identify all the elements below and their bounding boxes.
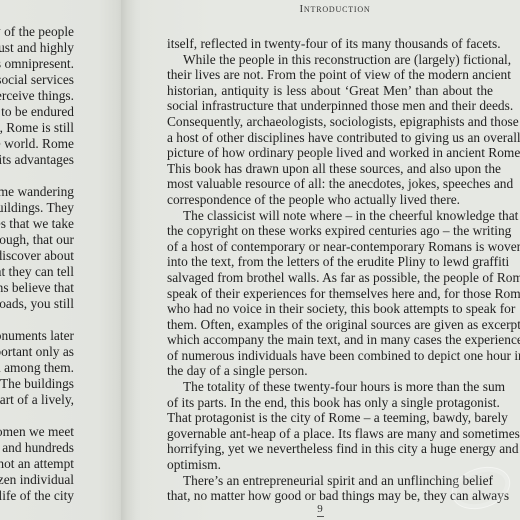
text-line: That protagonist is the city of Rome – a… xyxy=(167,410,493,426)
text-line: the day of a single person. xyxy=(167,363,493,379)
text-line: the copyright on these works expired cen… xyxy=(167,223,493,239)
text-line: perceive things. xyxy=(0,88,74,104)
left-page: ny of the peoplejust and highlyis omnipr… xyxy=(0,0,123,520)
text-line: them. Often, examples of the original so… xyxy=(167,317,493,333)
text-line: es, Rome is still xyxy=(0,120,74,136)
text-line: While the people in this reconstruction … xyxy=(167,52,493,68)
text-line: nough, that our xyxy=(0,232,74,248)
paragraph-gap xyxy=(0,168,74,184)
text-line: k. The buildings xyxy=(0,376,74,392)
text-line: ans believe that xyxy=(0,280,74,296)
text-line: which accompany the main text, and in ma… xyxy=(167,332,493,348)
text-line: omen we meet xyxy=(0,424,74,440)
text-line: l roads, you still xyxy=(0,296,74,312)
text-line: correspondence of the people who actuall… xyxy=(167,192,493,208)
text-line: at they can tell xyxy=(0,264,74,280)
text-line: There’s an entrepreneurial spirit and an… xyxy=(167,473,493,489)
text-line: optimism. xyxy=(167,457,493,473)
text-line: governable ant-heap of a place. Its flaw… xyxy=(167,426,493,442)
running-head-text: Introduction xyxy=(299,3,370,15)
text-line: s, to be endured xyxy=(0,104,74,120)
left-page-text: ny of the peoplejust and highlyis omnipr… xyxy=(0,24,74,504)
text-line: horrifying, yet we nevertheless find in … xyxy=(167,441,493,457)
text-line: of its parts. In the end, this book has … xyxy=(167,395,493,411)
text-line: buildings. They xyxy=(0,200,74,216)
text-line: es that we take xyxy=(0,216,74,232)
text-line: zen individual xyxy=(0,472,74,488)
text-line: their lives are not. From the point of v… xyxy=(167,67,493,83)
text-line: e world. Rome xyxy=(0,136,74,152)
text-line: , and hundreds xyxy=(0,440,74,456)
text-line: historian, antiquity is less about ‘Grea… xyxy=(167,83,493,99)
text-line: t its advantages xyxy=(0,152,74,168)
text-line: d among them. xyxy=(0,360,74,376)
text-line: of a host of contemporary or near-contem… xyxy=(167,239,493,255)
text-line: This book has drawn upon all these sourc… xyxy=(167,161,493,177)
text-line: social infrastructure that underpinned t… xyxy=(167,98,493,114)
text-line: st social services xyxy=(0,72,74,88)
text-line: The totality of these twenty-four hours … xyxy=(167,379,493,395)
paragraph-gap xyxy=(0,408,74,424)
text-line: who had no voice in their society, this … xyxy=(167,301,493,317)
text-line: that, no matter how good or bad things m… xyxy=(167,488,493,504)
text-line: life of the city xyxy=(0,488,74,504)
text-line: portant only as xyxy=(0,344,74,360)
text-line: onuments later xyxy=(0,328,74,344)
text-line: speak of their experiences for themselve… xyxy=(167,286,493,302)
text-line: just and highly xyxy=(0,40,74,56)
text-line: picture of how ordinary people lived and… xyxy=(167,145,493,161)
text-line: is omnipresent. xyxy=(0,56,74,72)
running-head: Introduction xyxy=(160,3,510,15)
page-number: 9 xyxy=(300,503,340,517)
text-line: ny of the people xyxy=(0,24,74,40)
text-line: time wandering xyxy=(0,184,74,200)
text-line: salvaged from brothel walls. As far as p… xyxy=(167,270,493,286)
text-line: Consequently, archaeologists, sociologis… xyxy=(167,114,493,130)
text-line: not an attempt xyxy=(0,456,74,472)
text-line: The classicist will note where – in the … xyxy=(167,208,493,224)
paragraph-gap xyxy=(0,312,74,328)
right-page-body-text: itself, reflected in twenty-four of its … xyxy=(167,36,493,504)
text-line: e part of a lively, xyxy=(0,392,74,408)
text-line: of numerous individuals have been combin… xyxy=(167,348,493,364)
text-line: a host of other disciplines have contrib… xyxy=(167,130,493,146)
text-line: into the text, from the letters of the e… xyxy=(167,254,493,270)
text-line: itself, reflected in twenty-four of its … xyxy=(167,36,493,52)
text-line: discover about xyxy=(0,248,74,264)
text-line: most valuable resource of all: the anecd… xyxy=(167,176,493,192)
